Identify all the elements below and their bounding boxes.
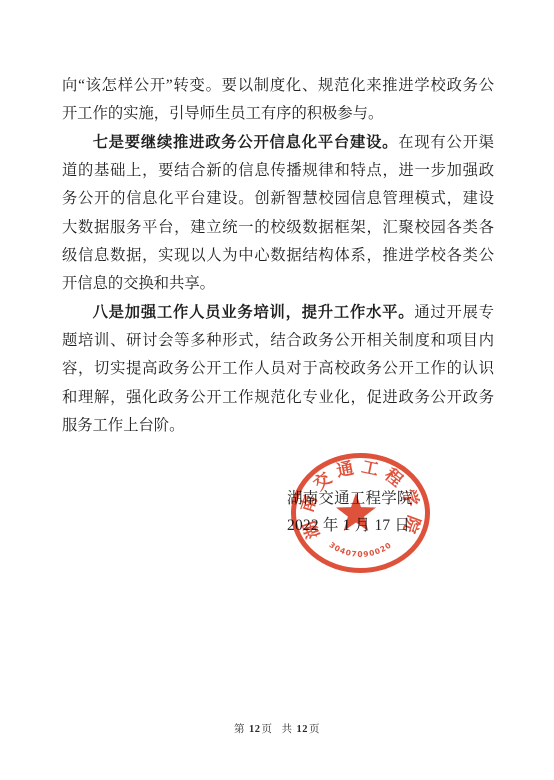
footer-page-number: 12 — [248, 724, 262, 735]
body-line-text: 道的基础上，要结合新的信息传播规律和特点，进一步加强政 — [62, 162, 494, 179]
body-line: 大数据服务平台，建立统一的校级数据框架，汇聚校园各类各 — [62, 214, 494, 242]
body-line-text: 容，切实提高政务公开工作人员对于高校政务公开工作的认识 — [62, 360, 494, 377]
body-line-text: 通过开展专 — [414, 304, 494, 321]
footer-total-number: 12 — [296, 724, 310, 735]
body-line-text: 服务工作上台阶。 — [62, 417, 184, 434]
document-body: 向“该怎样公开”转变。要以制度化、规范化来推进学校政务公开工作的实施，引导师生员… — [62, 72, 494, 440]
body-line-text: 和理解，强化政务公开工作规范化专业化，促进政务公开政务 — [62, 389, 494, 406]
seal-serial-textpath: 4304070900203 — [270, 435, 394, 559]
body-line-text: 在现有公开渠 — [398, 134, 494, 151]
body-line-text: 级信息数据，实现以人为中心数据结构体系，推进学校各类公 — [62, 247, 494, 264]
seal-star-icon — [336, 493, 376, 531]
body-line: 和理解，强化政务公开工作规范化专业化，促进政务公开政务 — [62, 384, 494, 412]
body-line: 八是加强工作人员业务培训，提升工作水平。通过开展专 — [62, 299, 494, 327]
body-line: 七是要继续推进政务公开信息化平台建设。在现有公开渠 — [62, 129, 494, 157]
body-line: 级信息数据，实现以人为中心数据结构体系，推进学校各类公 — [62, 242, 494, 270]
footer-total-unit: 页 — [309, 724, 320, 735]
footer-total-label: 共 — [282, 724, 293, 735]
seal-serial: 4304070900203 — [270, 435, 394, 559]
body-line-text: 开信息的交换和共享。 — [62, 275, 215, 292]
body-line-text: 务公开的信息化平台建设。创新智慧校园信息管理模式，建设 — [62, 190, 494, 207]
body-line-bold-text: 八是加强工作人员业务培训，提升工作水平。 — [93, 304, 415, 321]
document-page: 向“该怎样公开”转变。要以制度化、规范化来推进学校政务公开工作的实施，引导师生员… — [0, 0, 554, 780]
body-line: 容，切实提高政务公开工作人员对于高校政务公开工作的认识 — [62, 355, 494, 383]
page-footer: 第12页共12页 — [0, 721, 554, 736]
body-line: 向“该怎样公开”转变。要以制度化、规范化来推进学校政务公 — [62, 72, 494, 100]
footer-page-unit: 页 — [262, 724, 273, 735]
body-line: 题培训、研讨会等多种形式，结合政务公开相关制度和项目内 — [62, 327, 494, 355]
body-line: 务公开的信息化平台建设。创新智慧校园信息管理模式，建设 — [62, 185, 494, 213]
body-line: 开信息的交换和共享。 — [62, 270, 494, 298]
footer-page-label: 第 — [234, 724, 245, 735]
body-line: 道的基础上，要结合新的信息传播规律和特点，进一步加强政 — [62, 157, 494, 185]
body-line-text: 题培训、研讨会等多种形式，结合政务公开相关制度和项目内 — [62, 332, 494, 349]
body-line: 开工作的实施，引导师生员工有序的积极参与。 — [62, 100, 494, 128]
official-seal: 湖南交通工程学院 4304070900203 — [270, 435, 450, 585]
body-line-bold-text: 七是要继续推进政务公开信息化平台建设。 — [93, 134, 399, 151]
body-line-text: 大数据服务平台，建立统一的校级数据框架，汇聚校园各类各 — [62, 219, 494, 236]
body-line-text: 向“该怎样公开”转变。要以制度化、规范化来推进学校政务公 — [62, 77, 494, 94]
body-line-text: 开工作的实施，引导师生员工有序的积极参与。 — [62, 105, 383, 122]
